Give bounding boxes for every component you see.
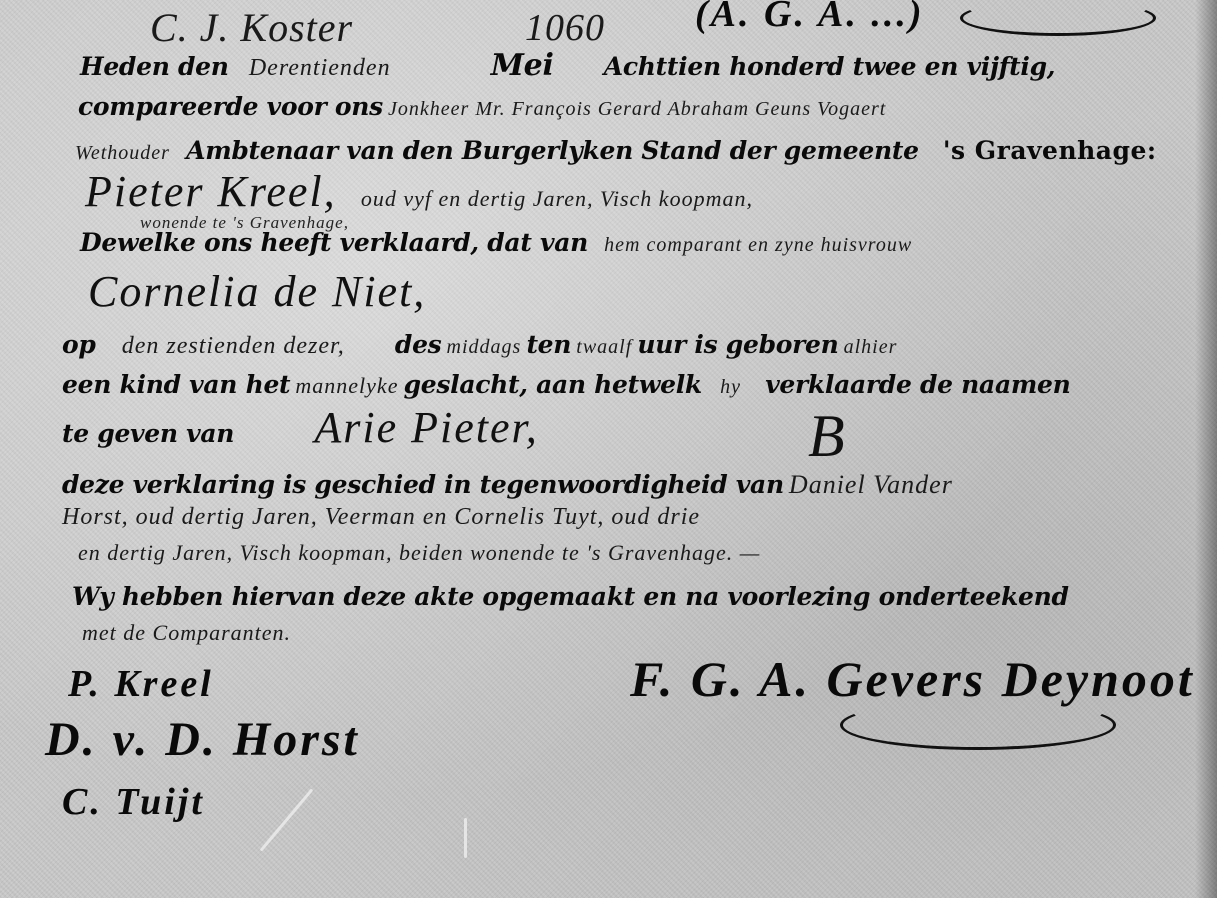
- filled-text: hem comparant en zyne huisvrouw: [604, 234, 912, 256]
- clerk-note: C. J. Koster: [150, 4, 353, 51]
- official-signature-flourish: [840, 700, 1116, 750]
- printed-place: 's Gravenhage:: [943, 136, 1157, 165]
- filled-day: Derentienden: [249, 55, 391, 81]
- scanned-document-page: C. J. Koster 1060 (A. G. A. ...) Heden d…: [0, 0, 1217, 898]
- printed-text: uur is geboren: [637, 330, 838, 359]
- filled-child-name: Arie Pieter,: [314, 403, 538, 452]
- line-3: Wethouder Ambtenaar van den Burgerlyken …: [75, 136, 1157, 165]
- line-2: compareerde voor ons Jonkheer Mr. Franço…: [78, 92, 886, 121]
- filled-official-name: Jonkheer Mr. François Gerard Abraham Geu…: [388, 98, 886, 120]
- page-edge-shadow: [1195, 0, 1217, 898]
- signature-official: F. G. A. Gevers Deynoot: [630, 650, 1195, 708]
- filled-date: den zestienden dezer,: [122, 333, 345, 359]
- printed-text: compareerde voor ons: [78, 92, 383, 121]
- printed-text: Dewelke ons heeft verklaard, dat van: [80, 228, 588, 257]
- line-15: met de Comparanten.: [82, 620, 291, 646]
- line-14: Wy hebben hiervan deze akte opgemaakt en…: [72, 582, 1069, 611]
- line-9: een kind van het mannelyke geslacht, aan…: [62, 370, 1070, 399]
- filled-pronoun: hy: [720, 376, 741, 398]
- filled-title: Wethouder: [75, 142, 170, 164]
- line-4: Pieter Kreel, oud vyf en dertig Jaren, V…: [85, 166, 753, 217]
- printed-month: Mei: [491, 48, 554, 83]
- filled-witness-1: Daniel Vander: [789, 470, 953, 499]
- line-13: en dertig Jaren, Visch koopman, beiden w…: [78, 540, 760, 566]
- filled-hour: twaalf: [576, 336, 632, 358]
- signature-witness-1: D. v. D. Horst: [45, 712, 360, 767]
- filled-time-of-day: middags: [447, 336, 522, 358]
- scan-scratch: [260, 788, 314, 851]
- top-signature-fragment: (A. G. A. ...): [695, 0, 925, 36]
- line-6: Dewelke ons heeft verklaard, dat van hem…: [80, 228, 912, 257]
- line-12: Horst, oud dertig Jaren, Veerman en Corn…: [62, 504, 700, 531]
- printed-text: Heden den: [80, 52, 229, 81]
- filled-sex: mannelyke: [295, 373, 398, 398]
- printed-text: te geven van: [62, 419, 234, 448]
- line-8: op den zestienden dezer, des middags ten…: [62, 330, 897, 360]
- line-7-mother-name: Cornelia de Niet,: [88, 266, 426, 317]
- printed-year: Achttien honderd twee en vijftig,: [604, 52, 1055, 81]
- signature-witness-2: C. Tuijt: [62, 780, 205, 824]
- printed-text: Ambtenaar van den Burgerlyken Stand der …: [186, 136, 919, 165]
- scan-scratch: [464, 818, 467, 858]
- top-signature-flourish: [960, 0, 1156, 36]
- printed-text: deze verklaring is geschied in tegenwoor…: [62, 470, 784, 499]
- printed-text: geslacht, aan hetwelk: [404, 370, 702, 399]
- filled-father-details: oud vyf en dertig Jaren, Visch koopman,: [361, 186, 753, 211]
- printed-text: des: [395, 330, 442, 359]
- line-1: Heden den Derentienden Mei Achttien hond…: [80, 48, 1055, 83]
- margin-mark: B: [808, 402, 847, 471]
- printed-text: op: [62, 330, 96, 359]
- printed-text: een kind van het: [62, 370, 290, 399]
- signature-father: P. Kreel: [68, 662, 214, 706]
- filled-place: alhier: [844, 336, 898, 358]
- record-number: 1060: [525, 6, 605, 50]
- filled-father-name: Pieter Kreel,: [85, 167, 337, 216]
- printed-text: ten: [526, 330, 571, 359]
- line-11: deze verklaring is geschied in tegenwoor…: [62, 470, 953, 500]
- line-10: te geven van Arie Pieter,: [62, 402, 539, 453]
- printed-text: verklaarde de naamen: [765, 370, 1070, 399]
